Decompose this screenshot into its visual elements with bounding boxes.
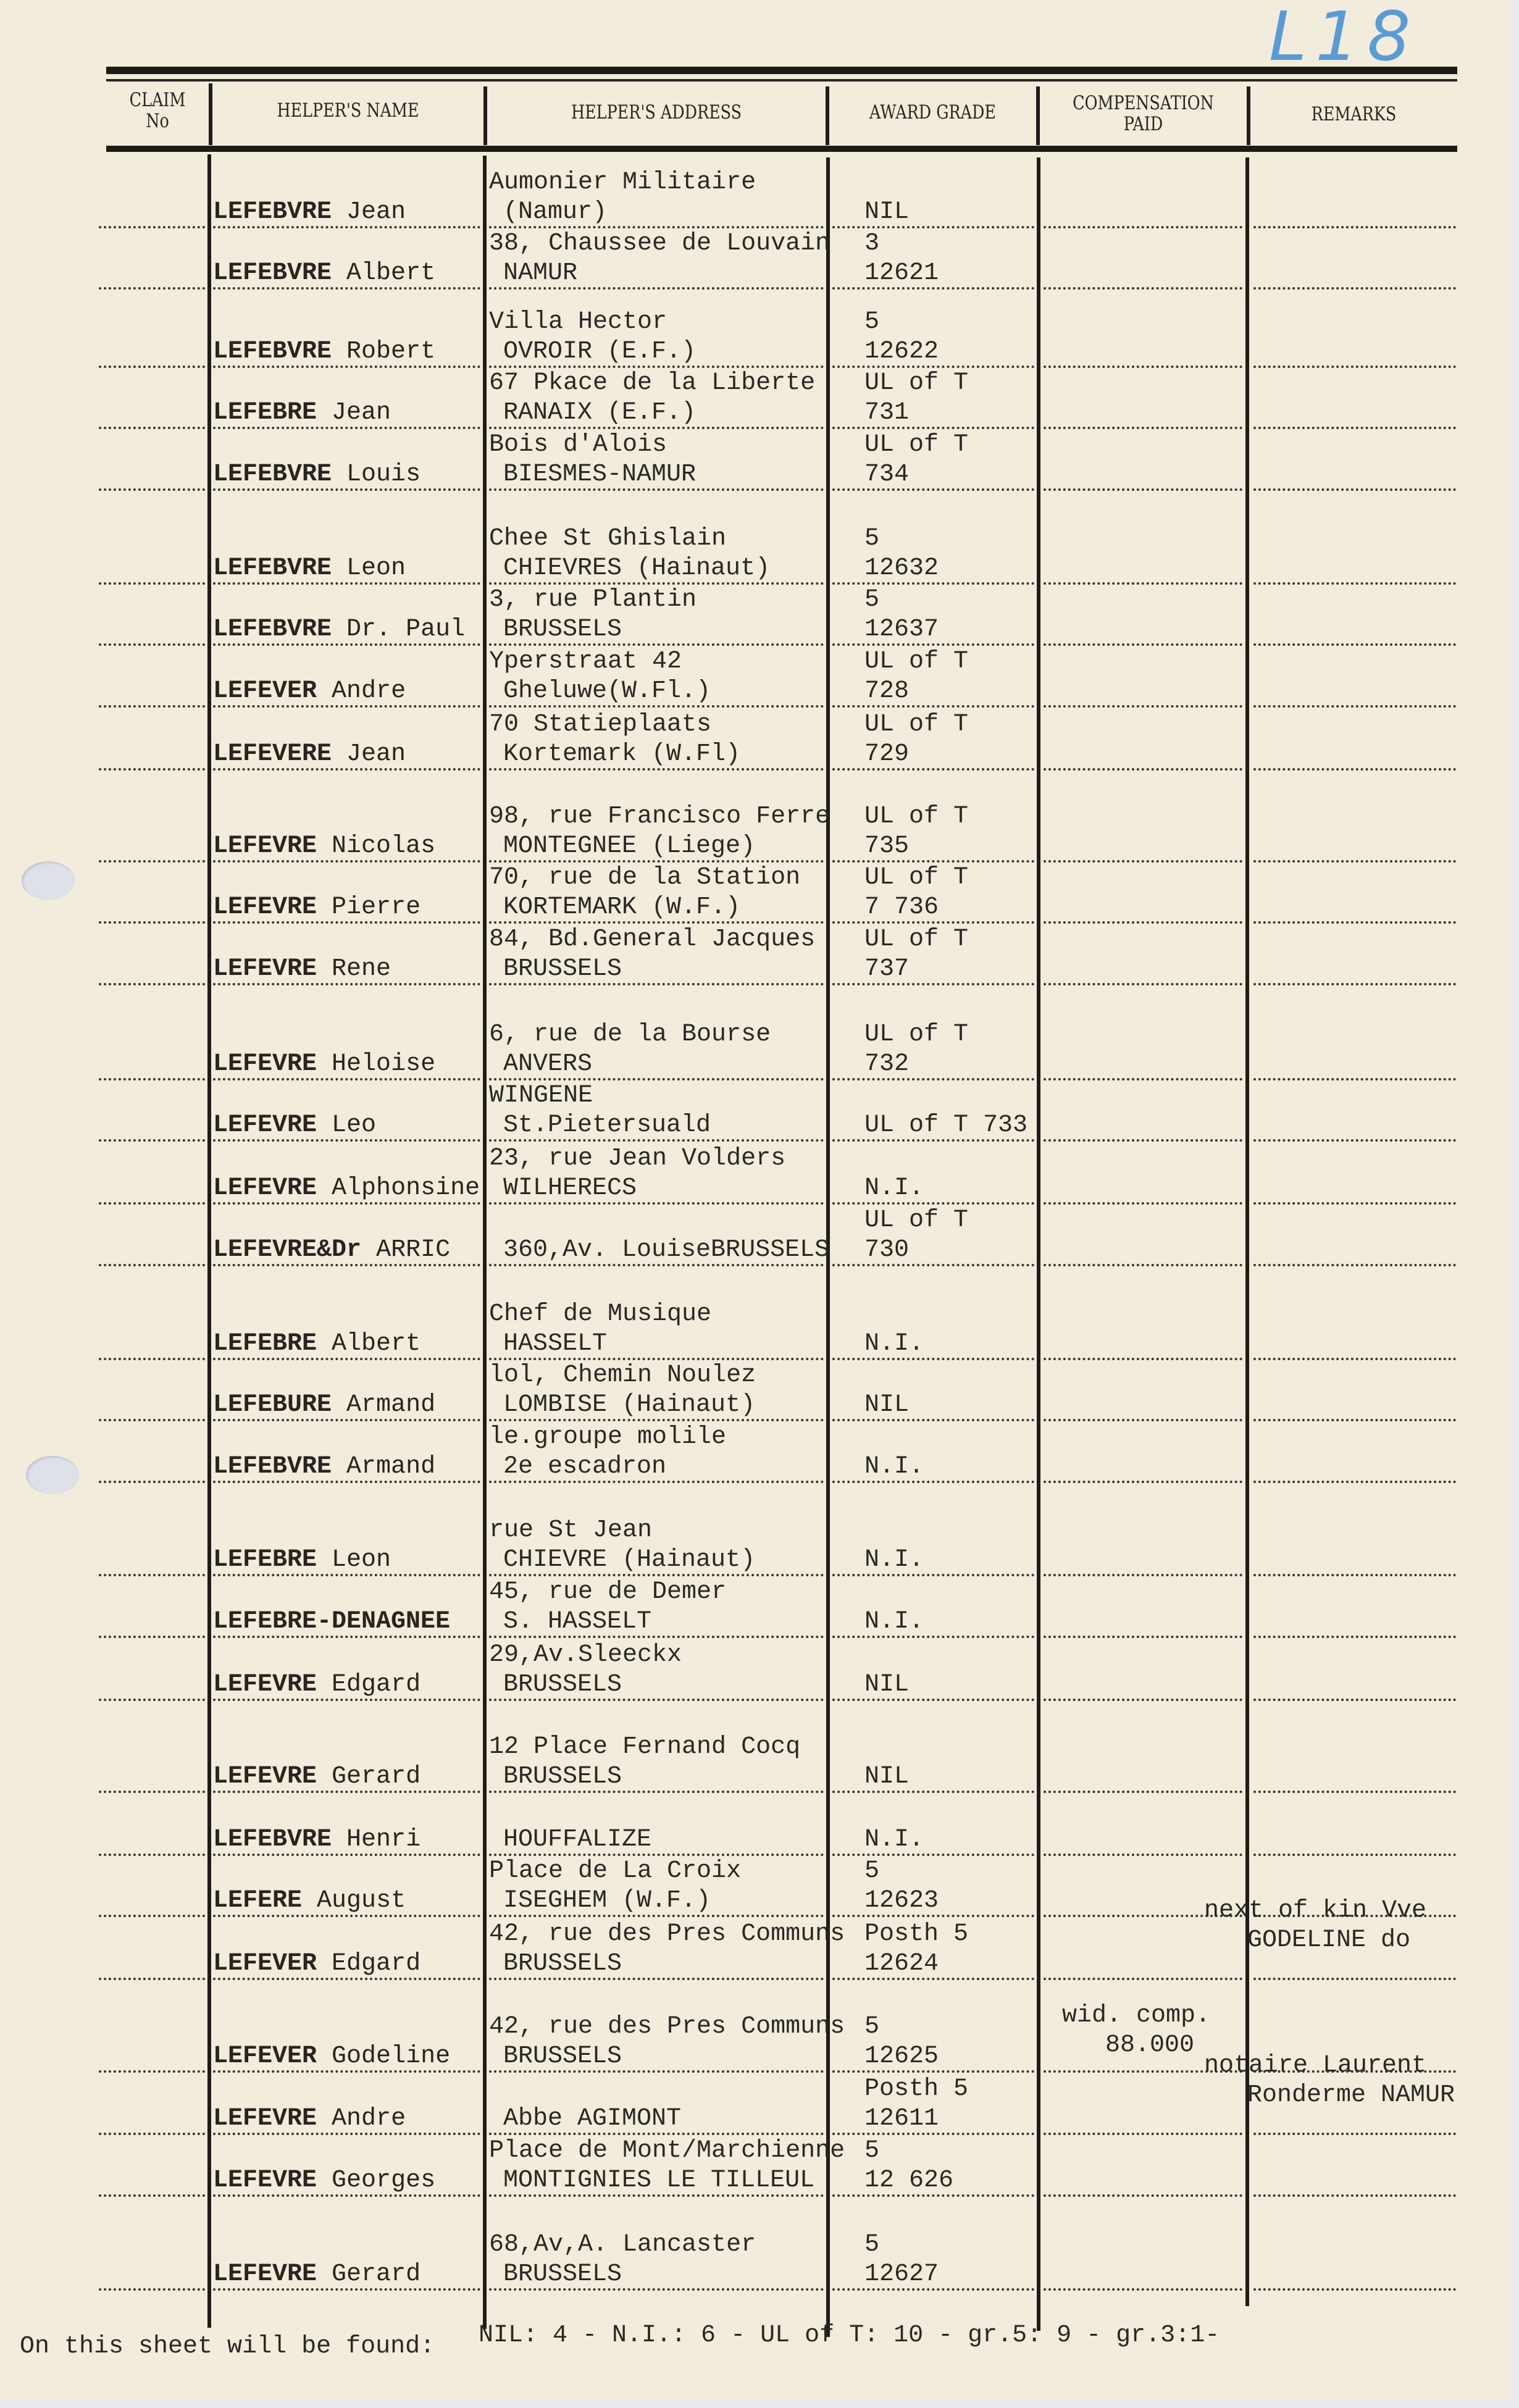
- row-rule: [1044, 2133, 1242, 2135]
- row-rule: [489, 705, 824, 708]
- row-rule: [99, 1264, 205, 1266]
- row-rule: [99, 2070, 205, 2073]
- award-grade: UL of T: [864, 1021, 968, 1048]
- helper-name: LEFEVRE Georges: [213, 2167, 435, 2194]
- helper-address-line: KORTEMARK (W.F.): [503, 894, 740, 921]
- header-divider: [483, 86, 487, 145]
- helper-address-line: S. HASSELT: [503, 1608, 651, 1636]
- row-rule: [1253, 582, 1456, 585]
- helper-surname: LEFEBVRE: [213, 1453, 332, 1481]
- award-grade: UL of T: [864, 926, 968, 953]
- helper-name: LEFEBVRE Louis: [213, 461, 421, 488]
- row-rule: [1253, 1078, 1456, 1081]
- helper-name: LEFEBRE Leon: [213, 1547, 391, 1574]
- award-grade: 12624: [864, 1950, 939, 1978]
- row-rule: [1044, 1699, 1242, 1701]
- row-rule: [832, 1791, 1034, 1793]
- row-rule: [1253, 983, 1456, 985]
- helper-given-name: Leon: [346, 554, 406, 582]
- award-grade: 12621: [864, 260, 939, 287]
- helper-address-line: 6, rue de la Bourse: [489, 1021, 771, 1048]
- footer-label: On this sheet will be found:: [20, 2333, 435, 2360]
- helper-surname: LEFEBRE-DENAGNEE: [213, 1608, 450, 1636]
- award-grade: 5: [864, 2231, 879, 2259]
- header-claim-no: CLAIM No: [115, 90, 199, 132]
- row-rule: [832, 860, 1034, 863]
- helper-given-name: Rene: [332, 955, 391, 983]
- award-grade: 5: [864, 587, 879, 614]
- header-divider: [1247, 86, 1250, 145]
- compensation-paid: wid. comp.: [1062, 2002, 1210, 2030]
- row-rule: [213, 1791, 480, 1793]
- award-grade: 732: [864, 1051, 909, 1078]
- helper-name: LEFEVERE Jean: [213, 741, 406, 768]
- row-rule: [489, 1264, 824, 1266]
- row-rule: [213, 643, 480, 646]
- award-grade: N.I.: [864, 1826, 924, 1854]
- row-rule: [1044, 582, 1242, 585]
- column-divider: [483, 156, 487, 2329]
- helper-name: LEFEVER Edgard: [213, 1950, 421, 1978]
- row-rule: [1044, 1791, 1242, 1793]
- header-bottom-rule: [106, 146, 1457, 152]
- row-rule: [213, 1078, 480, 1081]
- helper-given-name: Albert: [332, 1330, 421, 1358]
- row-rule: [489, 1854, 824, 1856]
- helper-address-line: Abbe AGIMONT: [503, 2105, 681, 2133]
- row-rule: [1044, 1636, 1242, 1638]
- row-rule: [213, 1699, 480, 1701]
- row-rule: [213, 1139, 480, 1142]
- helper-address-line: Yperstraat 42: [489, 648, 682, 675]
- helper-given-name: Godeline: [332, 2042, 450, 2070]
- helper-surname: LEFEVRE: [213, 1671, 317, 1699]
- award-grade: Posth 5: [864, 2076, 968, 2103]
- row-rule: [832, 1419, 1034, 1421]
- row-rule: [1253, 2194, 1456, 2197]
- row-rule: [99, 1636, 205, 1638]
- row-rule: [1044, 768, 1242, 771]
- row-rule: [489, 582, 824, 585]
- helper-surname: LEFERE: [213, 1887, 302, 1915]
- row-rule: [489, 2070, 824, 2073]
- row-rule: [99, 582, 205, 585]
- helper-given-name: Jean: [346, 740, 406, 768]
- helper-address-line: 42, rue des Pres Communs: [489, 2013, 845, 2041]
- helper-given-name: Leo: [332, 1111, 376, 1139]
- helper-address-line: Villa Hector: [489, 309, 667, 336]
- row-rule: [832, 1636, 1034, 1638]
- row-rule: [832, 1264, 1034, 1266]
- helper-name: LEFEVRE Gerard: [213, 1763, 421, 1791]
- award-grade: 12637: [864, 616, 939, 643]
- row-rule: [213, 2288, 480, 2291]
- helper-name: LEFEBVRE Dr. Paul: [213, 616, 465, 643]
- row-rule: [832, 582, 1034, 585]
- row-rule: [213, 1419, 480, 1421]
- row-rule: [213, 2194, 480, 2197]
- helper-address-line: HOUFFALIZE: [503, 1826, 651, 1854]
- award-grade: 12 626: [864, 2167, 953, 2194]
- row-rule: [1044, 226, 1242, 228]
- helper-address-line: 67 Pkace de la Liberte: [489, 370, 815, 397]
- award-grade: 12611: [864, 2105, 939, 2133]
- row-rule: [213, 1358, 480, 1360]
- row-rule: [489, 1358, 824, 1360]
- helper-address-line: Kortemark (W.Fl): [503, 741, 740, 768]
- row-rule: [1253, 1481, 1456, 1483]
- row-rule: [1044, 1202, 1242, 1205]
- row-rule: [832, 1358, 1034, 1360]
- row-rule: [1044, 2288, 1242, 2291]
- helper-given-name: Georges: [332, 2167, 435, 2194]
- row-rule: [99, 1915, 205, 1917]
- header-remarks: REMARKS: [1269, 104, 1439, 125]
- helper-given-name: Nicolas: [332, 832, 435, 860]
- row-rule: [1253, 366, 1456, 368]
- helper-name: LEFEVRE Rene: [213, 956, 391, 983]
- row-rule: [213, 488, 480, 491]
- helper-name: LEFEBRE-DENAGNEE: [213, 1608, 450, 1636]
- helper-given-name: Edgard: [332, 1671, 421, 1699]
- helper-given-name: Jean: [332, 399, 391, 427]
- row-rule: [99, 921, 205, 924]
- helper-surname: LEFEVRE: [213, 1174, 317, 1202]
- helper-name: LEFEBRE Albert: [213, 1331, 421, 1358]
- header-divider: [209, 83, 212, 145]
- row-rule: [1044, 427, 1242, 429]
- row-rule: [832, 1481, 1034, 1483]
- row-rule: [832, 488, 1034, 491]
- row-rule: [99, 643, 205, 646]
- helper-surname: LEFEBRE: [213, 1546, 317, 1574]
- row-rule: [99, 226, 205, 228]
- award-grade: 5: [864, 2013, 879, 2041]
- row-rule: [1044, 1481, 1242, 1483]
- row-rule: [99, 1078, 205, 1081]
- row-rule: [1044, 2194, 1242, 2197]
- helper-address-line: ANVERS: [503, 1051, 592, 1078]
- helper-name: LEFEBRE Jean: [213, 399, 391, 427]
- row-rule: [1253, 1264, 1456, 1266]
- helper-given-name: Dr. Paul: [346, 616, 465, 643]
- award-grade: N.I.: [864, 1608, 924, 1636]
- helper-surname: LEFEBVRE: [213, 338, 332, 366]
- award-grade: UL of T: [864, 648, 968, 675]
- row-rule: [832, 2288, 1034, 2291]
- award-grade: NIL: [864, 1671, 909, 1699]
- helper-given-name: ARRIC: [376, 1236, 450, 1264]
- helper-address-line: 12 Place Fernand Cocq: [489, 1734, 800, 1761]
- helper-name: LEFEVRE Edgard: [213, 1671, 421, 1699]
- row-rule: [99, 2133, 205, 2135]
- row-rule: [832, 921, 1034, 924]
- row-rule: [213, 1202, 480, 1205]
- helper-name: LEFEVER Godeline: [213, 2043, 450, 2070]
- column-divider: [1037, 157, 1040, 2331]
- row-rule: [1253, 226, 1456, 228]
- helper-name: LEFEVER Andre: [213, 678, 406, 705]
- header-divider: [1036, 86, 1040, 145]
- row-rule: [213, 1636, 480, 1638]
- award-grade: NIL: [864, 199, 909, 226]
- remarks-text: notaire Laurent: [1204, 2052, 1426, 2080]
- helper-surname: LEFEBRE: [213, 399, 317, 427]
- row-rule: [1253, 1854, 1456, 1856]
- row-rule: [213, 983, 480, 985]
- helper-surname: LEFEVER: [213, 2042, 317, 2070]
- award-grade: NIL: [864, 1392, 909, 1419]
- helper-address-line: St.Pietersuald: [503, 1112, 711, 1139]
- award-grade: 3: [864, 230, 879, 257]
- row-rule: [489, 1915, 824, 1917]
- award-grade: NIL: [864, 1763, 909, 1791]
- row-rule: [213, 366, 480, 368]
- row-rule: [1253, 2288, 1456, 2291]
- row-rule: [489, 2194, 824, 2197]
- column-divider: [207, 154, 211, 2328]
- helper-address-line: RANAIX (E.F.): [503, 399, 696, 427]
- helper-address-line: 70 Statieplaats: [489, 711, 711, 738]
- row-rule: [213, 1574, 480, 1576]
- award-grade: N.I.: [864, 1453, 924, 1481]
- remarks-text: GODELINE do: [1247, 1927, 1410, 1954]
- row-rule: [489, 427, 824, 429]
- row-rule: [832, 287, 1034, 290]
- row-rule: [99, 1574, 205, 1576]
- helper-surname: LEFEBVRE: [213, 259, 332, 287]
- row-rule: [1044, 1139, 1242, 1142]
- row-rule: [1253, 705, 1456, 708]
- award-grade: N.I.: [864, 1175, 924, 1202]
- hole-punch: [26, 1456, 79, 1494]
- header-compensation-paid: COMPENSATION PAID: [1058, 93, 1228, 135]
- helper-address-line: 360,Av. LouiseBRUSSELS: [503, 1237, 829, 1264]
- helper-name: LEFEVRE&Dr ARRIC: [213, 1237, 450, 1264]
- award-grade: 730: [864, 1237, 909, 1264]
- row-rule: [832, 1078, 1034, 1081]
- award-grade: 12625: [864, 2043, 939, 2070]
- row-rule: [1044, 1854, 1242, 1856]
- row-rule: [489, 1419, 824, 1421]
- helper-surname: LEFEVRE: [213, 2260, 317, 2288]
- row-rule: [1253, 921, 1456, 924]
- row-rule: [832, 983, 1034, 985]
- row-rule: [832, 427, 1034, 429]
- row-rule: [99, 983, 205, 985]
- helper-address-line: BRUSSELS: [503, 956, 622, 983]
- row-rule: [1044, 1358, 1242, 1360]
- row-rule: [99, 1139, 205, 1142]
- helper-given-name: Gerard: [332, 2260, 421, 2288]
- helper-address-line: Chee St Ghislain: [489, 525, 726, 553]
- row-rule: [99, 768, 205, 771]
- row-rule: [213, 921, 480, 924]
- row-rule: [832, 366, 1034, 368]
- helper-surname: LEFEVER: [213, 677, 317, 705]
- row-rule: [1044, 705, 1242, 708]
- header-helper-name: HELPER'S NAME: [237, 100, 459, 121]
- helper-address-line: le.groupe molile: [489, 1424, 726, 1451]
- row-rule: [213, 2070, 480, 2073]
- helper-address-line: 42, rue des Pres Communs: [489, 1921, 845, 1948]
- row-rule: [489, 2288, 824, 2291]
- helper-address-line: BRUSSELS: [503, 1763, 622, 1791]
- helper-address-line: BRUSSELS: [503, 2261, 622, 2288]
- helper-surname: LEFEVRE: [213, 955, 317, 983]
- row-rule: [832, 226, 1034, 228]
- row-rule: [99, 1358, 205, 1360]
- helper-address-line: Bois d'Alois: [489, 432, 667, 459]
- row-rule: [832, 1574, 1034, 1576]
- helper-address-line: BRUSSELS: [503, 1950, 622, 1978]
- row-rule: [1253, 1202, 1456, 1205]
- helper-address-line: BRUSSELS: [503, 616, 622, 643]
- award-grade: 5: [864, 525, 879, 553]
- helper-surname: LEFEBVRE: [213, 616, 332, 643]
- helper-surname: LEFEVRE: [213, 1050, 317, 1078]
- helper-address-line: BIESMES-NAMUR: [503, 461, 696, 488]
- helper-address-line: 84, Bd.General Jacques: [489, 926, 815, 953]
- award-grade: 735: [864, 833, 909, 860]
- helper-address-line: 45, rue de Demer: [489, 1579, 726, 1606]
- row-rule: [1253, 860, 1456, 863]
- row-rule: [832, 643, 1034, 646]
- hole-punch: [22, 861, 75, 900]
- row-rule: [1044, 1978, 1242, 1980]
- row-rule: [1044, 1264, 1242, 1266]
- row-rule: [1253, 1699, 1456, 1701]
- helper-surname: LEFEVRE: [213, 1111, 317, 1139]
- helper-surname: LEFEBRE: [213, 1330, 317, 1358]
- helper-given-name: Alphonsine: [332, 1174, 480, 1202]
- award-grade: 737: [864, 956, 909, 983]
- helper-address-line: lol, Chemin Noulez: [489, 1362, 756, 1389]
- award-grade: 12627: [864, 2261, 939, 2288]
- helper-name: LEFEVRE Leo: [213, 1112, 376, 1139]
- row-rule: [832, 1699, 1034, 1701]
- helper-given-name: Armand: [346, 1453, 435, 1481]
- row-rule: [213, 860, 480, 863]
- row-rule: [1253, 1574, 1456, 1576]
- row-rule: [489, 1636, 824, 1638]
- row-rule: [489, 768, 824, 771]
- row-rule: [99, 366, 205, 368]
- row-rule: [99, 427, 205, 429]
- row-rule: [1253, 427, 1456, 429]
- helper-given-name: Armand: [346, 1391, 435, 1419]
- helper-surname: LEFEBVRE: [213, 198, 332, 226]
- row-rule: [489, 643, 824, 646]
- row-rule: [1044, 488, 1242, 491]
- row-rule: [1044, 921, 1242, 924]
- row-rule: [489, 366, 824, 368]
- helper-address-line: 3, rue Plantin: [489, 587, 697, 614]
- row-rule: [99, 705, 205, 708]
- row-rule: [489, 1139, 824, 1142]
- award-grade: 5: [864, 2138, 879, 2165]
- helper-address-line: BRUSSELS: [503, 2043, 622, 2070]
- helper-address-line: 38, Chaussee de Louvain: [489, 230, 830, 257]
- row-rule: [99, 1202, 205, 1205]
- row-rule: [99, 1481, 205, 1483]
- row-rule: [489, 1078, 824, 1081]
- helper-given-name: Heloise: [332, 1050, 435, 1078]
- row-rule: [213, 1264, 480, 1266]
- row-rule: [99, 1791, 205, 1793]
- row-rule: [1253, 1358, 1456, 1360]
- row-rule: [832, 1978, 1034, 1980]
- helper-surname: LEFEBVRE: [213, 1826, 332, 1854]
- helper-address-line: Gheluwe(W.Fl.): [503, 678, 711, 705]
- helper-name: LEFEVRE Pierre: [213, 894, 421, 921]
- row-rule: [1253, 1139, 1456, 1142]
- award-grade: 12622: [864, 338, 939, 366]
- row-rule: [489, 287, 824, 290]
- row-rule: [99, 1419, 205, 1421]
- helper-surname: LEFEVRE&Dr: [213, 1236, 361, 1264]
- row-rule: [213, 1978, 480, 1980]
- row-rule: [832, 705, 1034, 708]
- helper-given-name: Albert: [346, 259, 435, 287]
- row-rule: [213, 1481, 480, 1483]
- helper-surname: LEFEVER: [213, 1950, 317, 1978]
- helper-given-name: Louis: [346, 461, 421, 488]
- row-rule: [1253, 1978, 1456, 1980]
- helper-surname: LEFEVRE: [213, 2167, 317, 2194]
- helper-address-line: rue St Jean: [489, 1517, 652, 1544]
- helper-address-line: OVROIR (E.F.): [503, 338, 696, 366]
- award-grade: 7 736: [864, 894, 939, 921]
- award-grade: N.I.: [864, 1331, 924, 1358]
- header-divider: [826, 86, 829, 145]
- row-rule: [1044, 1574, 1242, 1576]
- column-divider: [1245, 157, 1249, 2306]
- award-grade: 729: [864, 741, 909, 768]
- award-grade: 12632: [864, 555, 939, 582]
- row-rule: [1253, 2133, 1456, 2135]
- helper-address-line: 23, rue Jean Volders: [489, 1145, 785, 1173]
- helper-surname: LEFEVRE: [213, 832, 317, 860]
- award-grade: UL of T: [864, 864, 968, 892]
- remarks-text: Ronderme NAMUR: [1247, 2082, 1455, 2109]
- helper-address-line: Chef de Musique: [489, 1301, 711, 1328]
- row-rule: [832, 1202, 1034, 1205]
- row-rule: [1044, 860, 1242, 863]
- helper-address-line: 98, rue Francisco Ferre: [489, 803, 830, 830]
- row-rule: [99, 1699, 205, 1701]
- row-rule: [213, 226, 480, 228]
- helper-surname: LEFEVRE: [213, 893, 317, 921]
- row-rule: [489, 1574, 824, 1576]
- row-rule: [213, 1915, 480, 1917]
- award-grade: N.I.: [864, 1547, 924, 1574]
- row-rule: [489, 921, 824, 924]
- helper-surname: LEFEVERE: [213, 740, 332, 768]
- helper-given-name: Henri: [346, 1826, 421, 1854]
- helper-address-line: 68,Av,A. Lancaster: [489, 2231, 756, 2259]
- helper-address-line: MONTIGNIES LE TILLEUL: [503, 2167, 814, 2194]
- row-rule: [489, 1791, 824, 1793]
- row-rule: [832, 1854, 1034, 1856]
- header-top-rule: [106, 67, 1457, 74]
- helper-surname: LEFEBVRE: [213, 461, 332, 488]
- award-grade: UL of T 733: [864, 1112, 1027, 1139]
- helper-address-line: CHIEVRE (Hainaut): [503, 1547, 755, 1574]
- row-rule: [213, 1854, 480, 1856]
- helper-given-name: Edgard: [332, 1950, 421, 1978]
- header-helper-address: HELPER'S ADDRESS: [517, 102, 795, 123]
